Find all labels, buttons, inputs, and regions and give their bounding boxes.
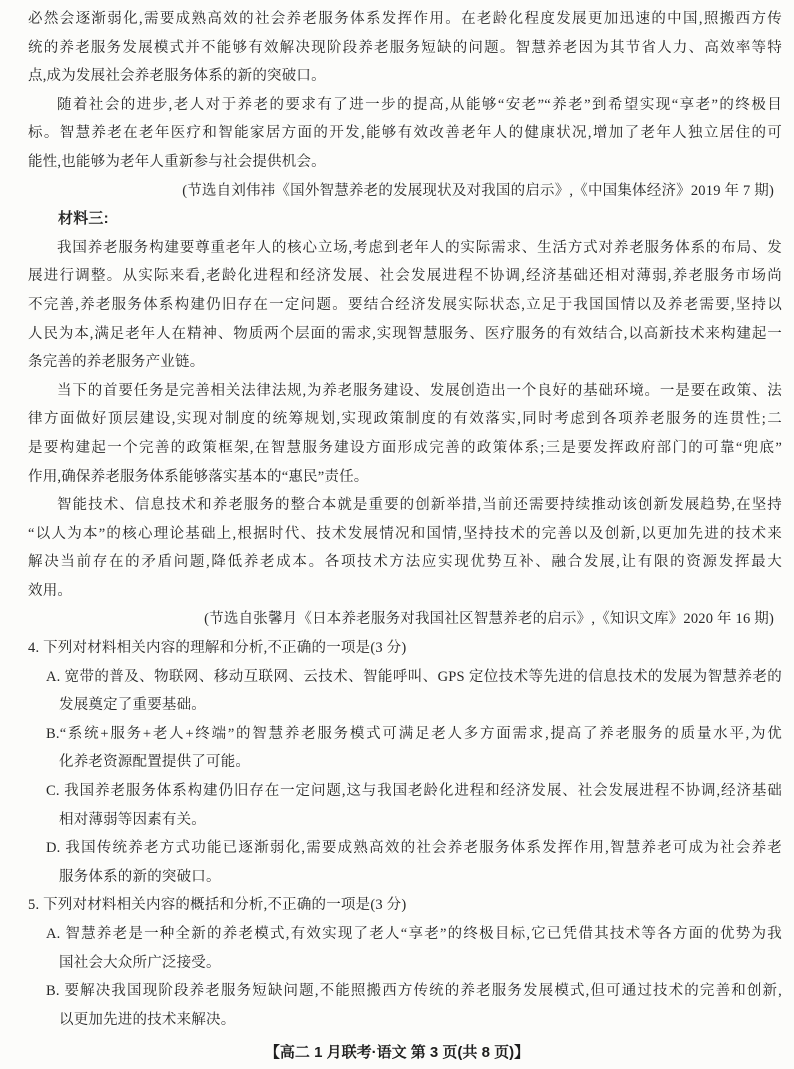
body-text-line: 人民为本,满足老年人在精神、物质两个层面的需求,实现智慧服务、医疗服务的有效结合… xyxy=(28,320,782,349)
exam-paper-page: 必然会逐渐弱化,需要成熟高效的社会养老服务体系发挥作用。在老龄化程度发展更加迅速… xyxy=(0,0,794,1069)
question-5-option-b-line: 以更加先进的技术来解决。 xyxy=(28,1006,782,1035)
body-text-line: 律方面做好顶层建设,实现对制度的统筹规划,实现政策制度的有效落实,同时考虑到各项… xyxy=(28,405,782,434)
question-4-option-d-line: D. 我国传统养老方式功能已逐渐弱化,需要成熟高效的社会养老服务体系发挥作用,智… xyxy=(28,834,782,863)
page-footer: 【高二 1 月联考·语文 第 3 页(共 8 页)】 xyxy=(0,1042,794,1064)
material-3-heading: 材料三: xyxy=(28,205,782,234)
body-text-line: 随着社会的进步,老人对于养老的要求有了进一步的提高,从能够“安老”“养老”到希望… xyxy=(28,91,782,120)
body-text-line: 必然会逐渐弱化,需要成熟高效的社会养老服务体系发挥作用。在老龄化程度发展更加迅速… xyxy=(28,5,782,34)
question-4-option-c-line: 相对薄弱等因素有关。 xyxy=(28,806,782,835)
material-3: 材料三: 我国养老服务构建要尊重老年人的核心立场,考虑到老年人的实际需求、生活方… xyxy=(28,205,782,634)
source-citation: (节选自张馨月《日本养老服务对我国社区智慧养老的启示》,《知识文库》2020 年… xyxy=(28,605,782,634)
source-citation: (节选自刘伟祎《国外智慧养老的发展现状及对我国的启示》,《中国集体经济》2019… xyxy=(28,177,782,206)
body-text-line: 我国养老服务构建要尊重老年人的核心立场,考虑到老年人的实际需求、生活方式对养老服… xyxy=(28,234,782,263)
body-text-line: 作用,确保养老服务体系能够落实基本的“惠民”责任。 xyxy=(28,463,782,492)
body-text-line: 解决当前存在的矛盾问题,降低养老成本。各项技术方法应实现优势互补、融合发展,让有… xyxy=(28,548,782,577)
question-5-option-a-line: 国社会大众所广泛接受。 xyxy=(28,949,782,978)
body-text-line: 条完善的养老服务产业链。 xyxy=(28,348,782,377)
body-text-line: 点,成为发展社会养老服务体系的新的突破口。 xyxy=(28,62,782,91)
body-text-line: “以人为本”的核心理论基础上,根据时代、技术发展情况和国情,坚持技术的完善以及创… xyxy=(28,520,782,549)
body-text-line: 能性,也能够为老年人重新参与社会提供机会。 xyxy=(28,148,782,177)
page-content: 必然会逐渐弱化,需要成熟高效的社会养老服务体系发挥作用。在老龄化程度发展更加迅速… xyxy=(0,0,794,1034)
question-5: 5. 下列对材料相关内容的概括和分析,不正确的一项是(3 分) A. 智慧养老是… xyxy=(28,891,782,1034)
body-text-line: 统的养老服务发展模式并不能够有效解决现阶段养老服务短缺的问题。智慧养老因为其节省… xyxy=(28,34,782,63)
question-4-option-c-line: C. 我国养老服务体系构建仍旧存在一定问题,这与我国老龄化进程和经济发展、社会发… xyxy=(28,777,782,806)
body-text-line: 当下的首要任务是完善相关法律法规,为养老服务建设、发展创造出一个良好的基础环境。… xyxy=(28,377,782,406)
question-4: 4. 下列对材料相关内容的理解和分析,不正确的一项是(3 分) A. 宽带的普及… xyxy=(28,634,782,891)
body-text-line: 标。智慧养老在老年医疗和智能家居方面的开发,能够有效改善老年人的健康状况,增加了… xyxy=(28,119,782,148)
question-4-option-d-line: 服务体系的新的突破口。 xyxy=(28,863,782,892)
question-5-stem: 5. 下列对材料相关内容的概括和分析,不正确的一项是(3 分) xyxy=(28,891,782,920)
body-text-line: 智能技术、信息技术和养老服务的整合本就是重要的创新举措,当前还需要持续推动该创新… xyxy=(28,491,782,520)
body-text-line: 是要构建起一个完善的政策框架,在智慧服务建设方面形成完善的政策体系;三是要发挥政… xyxy=(28,434,782,463)
body-text-line: 效用。 xyxy=(28,577,782,606)
question-4-option-a-line: 发展奠定了重要基础。 xyxy=(28,691,782,720)
body-text-line: 展进行调整。从实际来看,老龄化进程和经济发展、社会发展进程不协调,经济基础还相对… xyxy=(28,262,782,291)
question-4-option-a-line: A. 宽带的普及、物联网、移动互联网、云技术、智能呼叫、GPS 定位技术等先进的… xyxy=(28,663,782,692)
question-4-stem: 4. 下列对材料相关内容的理解和分析,不正确的一项是(3 分) xyxy=(28,634,782,663)
body-text-line: 不完善,养老服务体系构建仍旧存在一定问题。要结合经济发展实际状态,立足于我国国情… xyxy=(28,291,782,320)
question-5-option-b-line: B. 要解决我国现阶段养老服务短缺问题,不能照搬西方传统的养老服务发展模式,但可… xyxy=(28,977,782,1006)
question-4-option-b-line: 化养老资源配置提供了可能。 xyxy=(28,748,782,777)
question-4-option-b-line: B.“系统+服务+老人+终端”的智慧养老服务模式可满足老人多方面需求,提高了养老… xyxy=(28,720,782,749)
question-5-option-a-line: A. 智慧养老是一种全新的养老模式,有效实现了老人“享老”的终极目标,它已凭借其… xyxy=(28,920,782,949)
material-2-continuation: 必然会逐渐弱化,需要成熟高效的社会养老服务体系发挥作用。在老龄化程度发展更加迅速… xyxy=(28,5,782,205)
